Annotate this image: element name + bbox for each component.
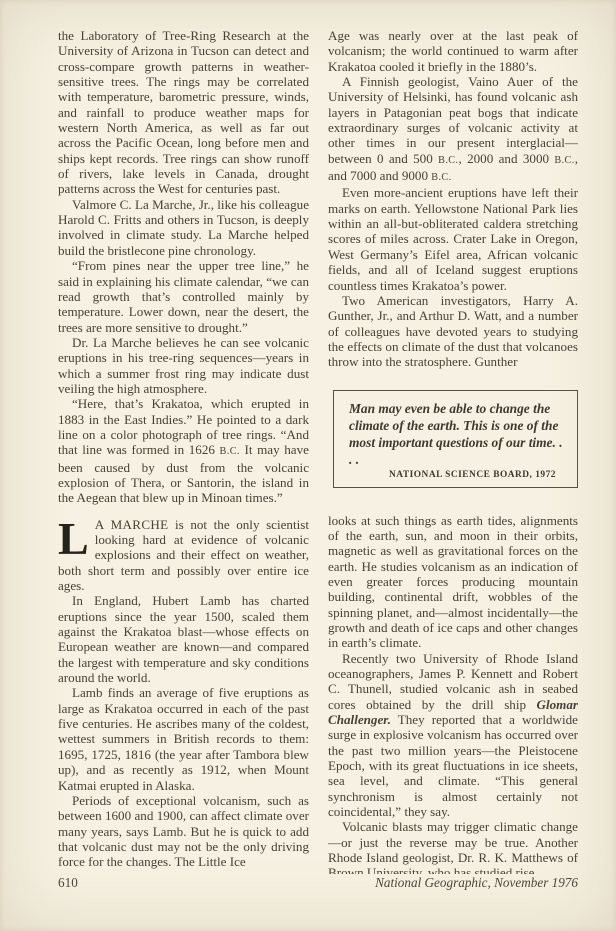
text-segment: B.C. <box>438 155 458 166</box>
text-segment: looks at such things as earth tides, ali… <box>328 513 578 651</box>
paragraph: Valmore C. La Marche, Jr., like his coll… <box>58 197 309 258</box>
paragraph: Two American investigators, Harry A. Gun… <box>328 293 578 370</box>
page-number: 610 <box>58 875 78 891</box>
text-segment: Dr. La Marche believes he can see volcan… <box>58 335 309 396</box>
text-segment: B.C. <box>431 172 451 183</box>
text-segment: “From pines near the upper tree line,” h… <box>58 258 309 334</box>
right-column: Age was nearly over at the last peak of … <box>328 28 578 874</box>
pull-quote-text: Man may even be able to change the clima… <box>349 400 564 468</box>
text-segment: Age was nearly over at the last peak of … <box>328 28 578 74</box>
left-column: the Laboratory of Tree-Ring Research at … <box>58 28 309 874</box>
right-column-bottom: looks at such things as earth tides, ali… <box>328 513 578 874</box>
text-segment: Lamb finds an average of five eruptions … <box>58 685 309 792</box>
right-column-top: Age was nearly over at the last peak of … <box>328 28 578 370</box>
magazine-page: the Laboratory of Tree-Ring Research at … <box>0 0 616 931</box>
text-segment: They reported that a worldwide surge in … <box>328 712 578 819</box>
pull-quote-attribution: NATIONAL SCIENCE BOARD, 1972 <box>349 470 564 480</box>
text-segment: Periods of exceptional volcanism, such a… <box>58 793 309 869</box>
paragraph: Lamb finds an average of five eruptions … <box>58 685 309 792</box>
text-segment: Two American investigators, Harry A. Gun… <box>328 293 578 369</box>
text-segment: B.C. <box>554 155 574 166</box>
pull-quote-box: Man may even be able to change the clima… <box>333 390 578 488</box>
paragraph: Volcanic blasts may trigger climatic cha… <box>328 819 578 874</box>
drop-cap-letter: L <box>58 519 89 563</box>
paragraph: Age was nearly over at the last peak of … <box>328 28 578 74</box>
paragraph: Recently two University of Rhode Island … <box>328 651 578 820</box>
text-segment: Valmore C. La Marche, Jr., like his coll… <box>58 197 309 258</box>
dropcap-paragraph: LA MARCHE is not the only scientist look… <box>58 517 309 594</box>
text-segment: Volcanic blasts may trigger climatic cha… <box>328 819 578 874</box>
paragraph: Dr. La Marche believes he can see volcan… <box>58 335 309 396</box>
text-segment: A MARCHE <box>95 517 169 532</box>
journal-credit: National Geographic, November 1976 <box>375 875 578 891</box>
text-segment: In England, Hubert Lamb has charted erup… <box>58 593 309 685</box>
paragraph: A Finnish geologist, Vaino Auer of the U… <box>328 74 578 185</box>
paragraph: Periods of exceptional volcanism, such a… <box>58 793 309 870</box>
paragraph: looks at such things as earth tides, ali… <box>328 513 578 651</box>
text-segment: , 2000 and 3000 <box>458 151 554 166</box>
text-segment: the Laboratory of Tree-Ring Research at … <box>58 28 309 196</box>
text-segment: B.C. <box>220 446 240 457</box>
paragraph: the Laboratory of Tree-Ring Research at … <box>58 28 309 197</box>
text-segment: Even more-ancient eruptions have left th… <box>328 185 578 292</box>
paragraph: Even more-ancient eruptions have left th… <box>328 185 578 292</box>
article-body: the Laboratory of Tree-Ring Research at … <box>58 28 578 874</box>
page-footer: 610 National Geographic, November 1976 <box>58 875 578 891</box>
paragraph: In England, Hubert Lamb has charted erup… <box>58 593 309 685</box>
paragraph: “Here, that’s Krakatoa, which erupted in… <box>58 396 309 505</box>
paragraph: “From pines near the upper tree line,” h… <box>58 258 309 335</box>
